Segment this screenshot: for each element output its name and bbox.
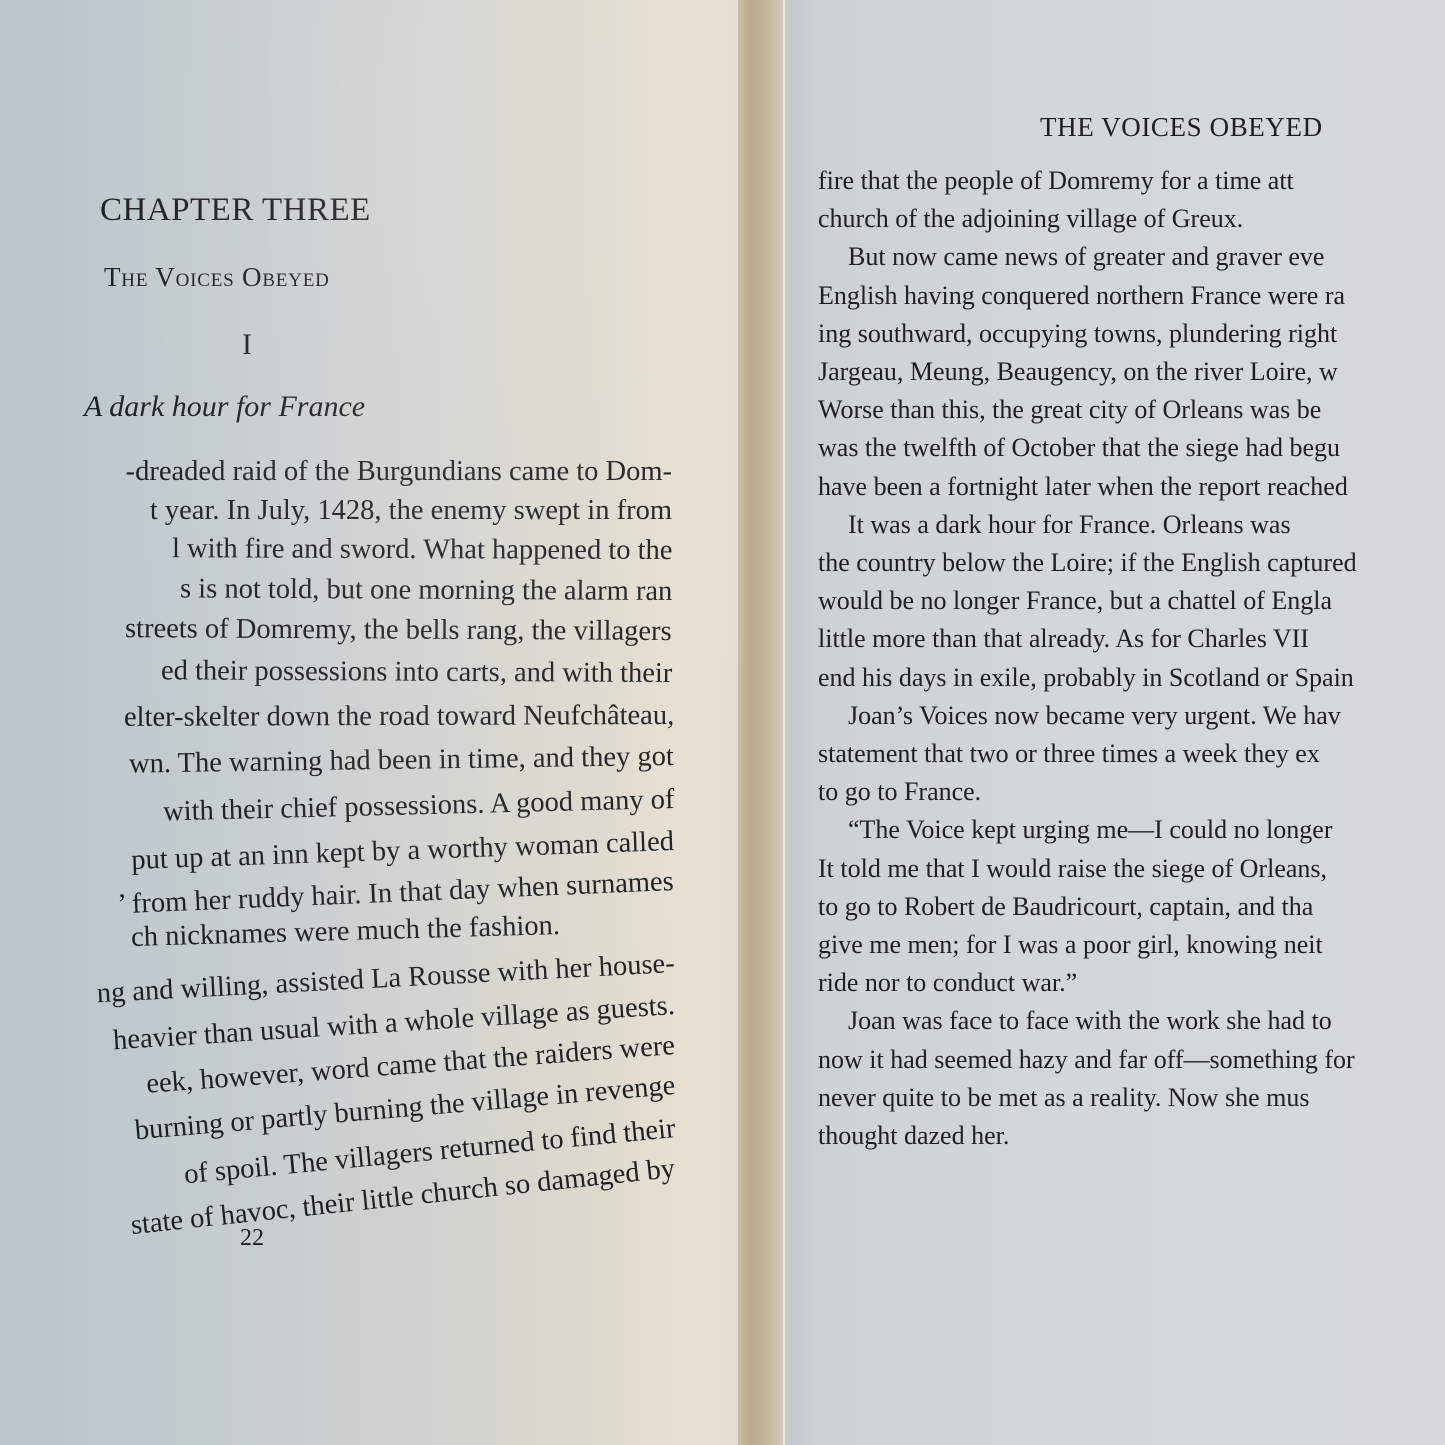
body-line: Worse than this, the great city of Orlea… — [818, 395, 1321, 425]
body-line: elter-skelter down the road toward Neufc… — [124, 700, 674, 734]
body-line: to go to France. — [818, 777, 981, 807]
body-line: English having conquered northern France… — [818, 281, 1345, 311]
body-line: statement that two or three times a week… — [818, 739, 1320, 769]
body-line: ed their possessions into carts, and wit… — [161, 655, 673, 690]
body-line: -dreaded raid of the Burgundians came to… — [126, 456, 672, 488]
body-line: with their chief possessions. A good man… — [162, 784, 674, 828]
body-line: have been a fortnight later when the rep… — [818, 472, 1348, 502]
body-line: the country below the Loire; if the Engl… — [818, 548, 1357, 578]
right-page: THE VOICES OBEYED fire that the people o… — [786, 0, 1445, 1445]
body-line: to go to Robert de Baudricourt, captain,… — [818, 892, 1313, 922]
body-line: l with fire and sword. What happened to … — [171, 533, 672, 567]
body-line: thought dazed her. — [818, 1121, 1009, 1151]
body-line: t year. In July, 1428, the enemy swept i… — [150, 495, 672, 527]
body-line: It told me that I would raise the siege … — [818, 854, 1327, 884]
body-line: ride nor to conduct war.” — [818, 968, 1077, 998]
body-line: end his days in exile, probably in Scotl… — [818, 663, 1354, 693]
body-line: But now came news of greater and graver … — [848, 242, 1324, 272]
body-line: wn. The warning had been in time, and th… — [129, 741, 674, 781]
body-line: Joan’s Voices now became very urgent. We… — [848, 701, 1341, 731]
body-line: It was a dark hour for France. Orleans w… — [848, 510, 1291, 540]
running-head: THE VOICES OBEYED — [1040, 112, 1323, 143]
body-line: Jargeau, Meung, Beaugency, on the river … — [818, 357, 1338, 387]
body-line: “The Voice kept urging me—I could no lon… — [848, 815, 1333, 845]
page-number: 22 — [240, 1225, 264, 1252]
body-line: Joan was face to face with the work she … — [848, 1006, 1332, 1036]
body-line: now it had seemed hazy and far off—somet… — [818, 1045, 1355, 1075]
body-line: was the twelfth of October that the sieg… — [818, 433, 1340, 463]
body-line: give me men; for I was a poor girl, know… — [818, 930, 1323, 960]
body-line: would be no longer France, but a chattel… — [818, 586, 1332, 616]
left-page: CHAPTER THREE The Voices Obeyed I A dark… — [0, 0, 745, 1445]
open-book: CHAPTER THREE The Voices Obeyed I A dark… — [0, 0, 1445, 1445]
body-line: fire that the people of Domremy for a ti… — [818, 166, 1294, 196]
body-line: s is not told, but one morning the alarm… — [180, 573, 673, 608]
binding-edge — [783, 0, 785, 1445]
body-line: church of the adjoining village of Greux… — [818, 204, 1243, 234]
body-line: never quite to be met as a reality. Now … — [818, 1083, 1309, 1113]
body-line: little more than that already. As for Ch… — [818, 624, 1309, 654]
body-line: streets of Domremy, the bells rang, the … — [125, 613, 672, 648]
left-page-body: -dreaded raid of the Burgundians came to… — [0, 0, 745, 1445]
body-line: ing southward, occupying towns, plunderi… — [818, 319, 1337, 349]
